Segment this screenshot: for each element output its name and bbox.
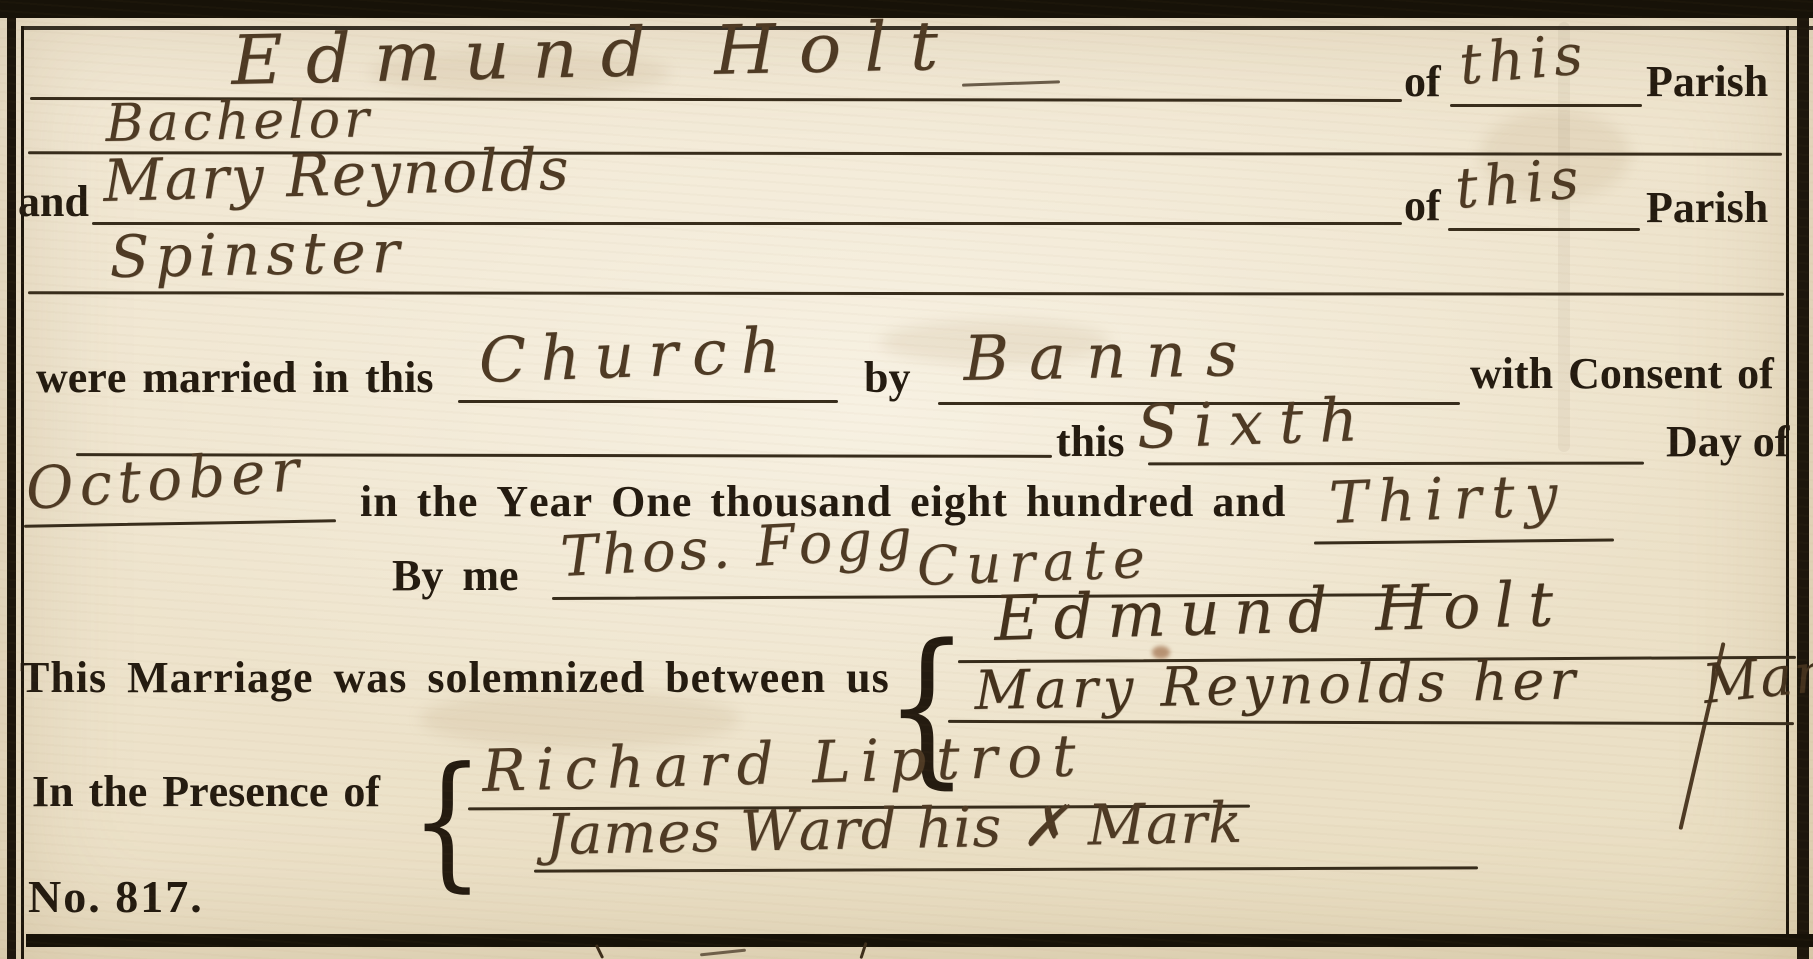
blank-line <box>1450 104 1642 107</box>
blank-line <box>28 291 1784 296</box>
method-entry: Banns <box>963 323 1258 390</box>
blank-line <box>1448 228 1640 231</box>
month-entry: October <box>24 441 307 518</box>
left-border-thin <box>21 26 24 959</box>
witness1-signature-entry: Richard Liptrot <box>481 726 1086 800</box>
blank-line <box>24 519 336 527</box>
right-border-thick <box>1797 18 1809 959</box>
blank-line <box>534 866 1478 872</box>
married-prefix-label: were married in this <box>36 356 433 400</box>
marriage-register-entry: Edmund Holt of this Parish Bachelor and … <box>0 0 1813 959</box>
groom-parish-entry: this <box>1457 27 1591 94</box>
bride-parish-entry: this <box>1453 151 1587 218</box>
presence-label: In the Presence of <box>32 770 380 814</box>
groom-signature-entry: Edmund Holt <box>993 573 1568 650</box>
parish-label-groom: Parish <box>1646 60 1768 104</box>
bride-condition-entry: Spinster <box>109 223 406 286</box>
bride-name-entry: Mary Reynolds <box>102 140 571 210</box>
bride-signature-entry: Mary Reynolds her <box>974 653 1581 718</box>
presence-brace: { <box>410 748 484 894</box>
and-label: and <box>18 180 89 224</box>
blank-line <box>458 400 838 403</box>
this-label: this <box>1056 420 1124 464</box>
parish-label-bride: Parish <box>1646 186 1768 230</box>
next-entry-pen-stroke <box>700 949 746 957</box>
day-entry: Sixth <box>1136 390 1375 458</box>
officiant-signature-entry: Thos. Fogg <box>559 511 917 586</box>
record-number: No. 817. <box>28 874 204 920</box>
witness2-signature-entry: James Ward his ✗ Mark <box>545 796 1244 864</box>
solemnized-label: This Marriage was solemnized between us <box>20 656 890 700</box>
of-label-groom: of <box>1404 60 1441 104</box>
consent-label: with Consent of <box>1470 352 1774 396</box>
left-border-thick <box>7 18 16 959</box>
by-label: by <box>864 356 910 400</box>
blank-line <box>1314 538 1614 544</box>
blank-line <box>1148 462 1644 466</box>
day-of-label: Day of <box>1666 420 1789 464</box>
by-me-label: By me <box>392 554 519 598</box>
right-border-thin <box>1786 26 1789 946</box>
year-entry: Thirty <box>1328 466 1568 532</box>
place-entry: Church <box>478 319 796 392</box>
scan-edge-bottom-bar <box>26 934 1813 947</box>
bride-mark-word: Mark <box>1700 642 1813 712</box>
of-label-bride: of <box>1404 184 1441 228</box>
groom-name-entry: Edmund Holt <box>231 13 962 96</box>
pen-flourish <box>962 80 1060 86</box>
